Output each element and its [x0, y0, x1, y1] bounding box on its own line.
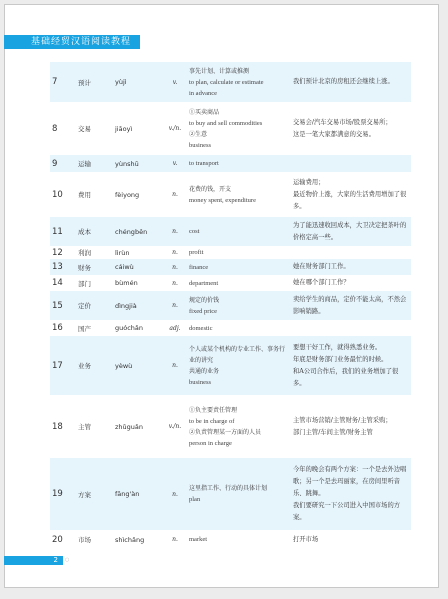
definition-line: ②负责管理某一方面的人员	[189, 427, 287, 438]
vocab-row: 17业务yèwùn.个人或某个机构的专业工作、事务行业的讲究共通的业务busin…	[50, 336, 411, 395]
vocab-part-of-speech: v./n.	[163, 102, 187, 155]
vocab-definition: ①买卖商品to buy and sell commodities②生意busin…	[187, 102, 289, 155]
vocab-pinyin: yùjì	[113, 62, 163, 102]
vocab-number: 14	[50, 275, 76, 291]
vocab-part-of-speech: v./n.	[163, 395, 187, 458]
vocab-number: 13	[50, 259, 76, 275]
vocab-row: 14部门bùménn.department她在哪个部门工作？	[50, 275, 411, 291]
vocab-word: 方案	[76, 458, 113, 530]
vocab-part-of-speech: v.	[163, 155, 187, 172]
vocabulary-table: 7预计yùjìv.事先计划、计算或推测to plan, calculate or…	[50, 62, 411, 549]
definition-line: 这里指工作、行动的具体计划	[189, 483, 287, 494]
vocab-row: 13财务cáiwùn.finance她在财务部门工作。	[50, 259, 411, 275]
definition-line: cost	[189, 226, 287, 237]
vocab-examples: 今年的晚会有两个方案：一个是去外边唱歌；另一个是去玛丽家，在房间里听音乐、跳舞。…	[289, 458, 411, 530]
vocab-part-of-speech: n.	[163, 275, 187, 291]
definition-line: profit	[189, 247, 287, 258]
vocab-definition: 花费的钱，开支money spent, expenditure	[187, 172, 289, 217]
definition-line: person in charge	[189, 438, 287, 449]
vocab-word: 市场	[76, 530, 113, 549]
vocab-word: 运输	[76, 155, 113, 172]
vocab-pinyin: fāng'àn	[113, 458, 163, 530]
vocab-definition: finance	[187, 259, 289, 275]
book-title-banner: 基础经贸汉语阅读教程	[4, 35, 140, 49]
definition-line: market	[189, 534, 287, 545]
vocab-definition: domestic	[187, 320, 289, 336]
vocab-word: 业务	[76, 336, 113, 395]
vocab-row: 8交易jiāoyìv./n.①买卖商品to buy and sell commo…	[50, 102, 411, 155]
vocab-pinyin: dìngjià	[113, 291, 163, 320]
vocab-part-of-speech: n.	[163, 172, 187, 217]
vocab-definition: profit	[187, 246, 289, 259]
vocab-row: 20市场shìchǎngn.market打开市场	[50, 530, 411, 549]
vocab-word: 定价	[76, 291, 113, 320]
vocab-examples: 打开市场	[289, 530, 411, 549]
vocab-pinyin: shìchǎng	[113, 530, 163, 549]
example-sentence: 卖给学生的商品，定价不能太高，不然会影响销路。	[293, 294, 409, 318]
page-number: 2	[54, 556, 58, 564]
vocab-definition: 事先计划、计算或推测to plan, calculate or estimate…	[187, 62, 289, 102]
example-sentence: 交易会/汽车交易市场/股票交易所；	[293, 117, 409, 129]
definition-line: ①负主要责任管理	[189, 405, 287, 416]
definition-line: 个人或某个机构的专业工作、事务行业的讲究	[189, 344, 287, 366]
vocab-number: 8	[50, 102, 76, 155]
example-sentence: 我们要研究一下公司进入中国市场的方案。	[293, 500, 409, 524]
example-sentence: 运输费用；	[293, 177, 409, 189]
vocab-definition: market	[187, 530, 289, 549]
vocab-row: 10费用fèiyongn.花费的钱，开支money spent, expendi…	[50, 172, 411, 217]
vocab-examples	[289, 155, 411, 172]
vocab-definition: to transport	[187, 155, 289, 172]
definition-line: ②生意	[189, 129, 287, 140]
definition-line: 花费的钱，开支	[189, 184, 287, 195]
vocab-definition: ①负主要责任管理to be in charge of②负责管理某一方面的人员pe…	[187, 395, 289, 458]
vocab-row: 11成本chéngběnn.cost为了能迅速收回成本，大卫决定把茶叶的价格定高…	[50, 217, 411, 246]
definition-line: to plan, calculate or estimate	[189, 77, 287, 88]
definition-line: to transport	[189, 158, 287, 169]
vocab-number: 12	[50, 246, 76, 259]
vocab-word: 成本	[76, 217, 113, 246]
definition-line: in advance	[189, 88, 287, 99]
vocab-part-of-speech: n.	[163, 530, 187, 549]
vocab-examples: 卖给学生的商品，定价不能太高，不然会影响销路。	[289, 291, 411, 320]
vocab-pinyin: lìrùn	[113, 246, 163, 259]
vocab-number: 16	[50, 320, 76, 336]
definition-line: business	[189, 377, 287, 388]
page-marker-icon: ○	[65, 557, 69, 563]
vocab-number: 7	[50, 62, 76, 102]
vocab-examples: 主管市场营销/主管财务/主管采购；部门主管/车间主管/财务主管	[289, 395, 411, 458]
vocab-word: 利润	[76, 246, 113, 259]
vocab-definition: 规定的价钱fixed price	[187, 291, 289, 320]
example-sentence: 主管市场营销/主管财务/主管采购；	[293, 415, 409, 427]
definition-line: to be in charge of	[189, 416, 287, 427]
vocab-number: 11	[50, 217, 76, 246]
vocab-word: 费用	[76, 172, 113, 217]
vocab-word: 国产	[76, 320, 113, 336]
vocab-pinyin: yèwù	[113, 336, 163, 395]
definition-line: domestic	[189, 323, 287, 334]
vocab-row: 12利润lìrùnn.profit	[50, 246, 411, 259]
example-sentence: 她在哪个部门工作？	[293, 277, 409, 289]
vocab-examples: 运输费用；最近物价上涨，大家的生活费用增加了很多。	[289, 172, 411, 217]
vocab-part-of-speech: adj.	[163, 320, 187, 336]
example-sentence: 和A公司合作后，我们的业务增加了很多。	[293, 366, 409, 390]
vocab-part-of-speech: n.	[163, 246, 187, 259]
vocab-number: 18	[50, 395, 76, 458]
vocab-definition: 个人或某个机构的专业工作、事务行业的讲究共通的业务business	[187, 336, 289, 395]
vocab-number: 9	[50, 155, 76, 172]
vocab-number: 10	[50, 172, 76, 217]
vocab-examples: 交易会/汽车交易市场/股票交易所；这是一笔大家都满意的交易。	[289, 102, 411, 155]
example-sentence: 这是一笔大家都满意的交易。	[293, 129, 409, 141]
vocab-part-of-speech: n.	[163, 259, 187, 275]
example-sentence: 要想干好工作，就得熟悉业务。	[293, 342, 409, 354]
definition-line: 规定的价钱	[189, 295, 287, 306]
definition-line: department	[189, 278, 287, 289]
vocab-definition: 这里指工作、行动的具体计划plan	[187, 458, 289, 530]
vocab-pinyin: jiāoyì	[113, 102, 163, 155]
vocab-row: 7预计yùjìv.事先计划、计算或推测to plan, calculate or…	[50, 62, 411, 102]
example-sentence: 年底是财务部门业务最忙的时候。	[293, 354, 409, 366]
vocab-part-of-speech: n.	[163, 217, 187, 246]
definition-line: to buy and sell commodities	[189, 118, 287, 129]
example-sentence: 最近物价上涨，大家的生活费用增加了很多。	[293, 189, 409, 213]
vocab-word: 主管	[76, 395, 113, 458]
definition-line: ①买卖商品	[189, 107, 287, 118]
vocab-number: 15	[50, 291, 76, 320]
definition-line: finance	[189, 262, 287, 273]
definition-line: fixed price	[189, 306, 287, 317]
vocab-examples: 她在财务部门工作。	[289, 259, 411, 275]
vocab-word: 部门	[76, 275, 113, 291]
vocab-examples: 要想干好工作，就得熟悉业务。年底是财务部门业务最忙的时候。和A公司合作后，我们的…	[289, 336, 411, 395]
vocab-examples: 我们预计北京的房租还会继续上涨。	[289, 62, 411, 102]
vocab-examples	[289, 320, 411, 336]
vocab-row: 18主管zhǔguǎnv./n.①负主要责任管理to be in charge …	[50, 395, 411, 458]
vocab-pinyin: yùnshū	[113, 155, 163, 172]
example-sentence: 我们预计北京的房租还会继续上涨。	[293, 76, 409, 88]
definition-line: 共通的业务	[189, 366, 287, 377]
vocab-pinyin: cáiwù	[113, 259, 163, 275]
vocab-pinyin: chéngběn	[113, 217, 163, 246]
definition-line: business	[189, 140, 287, 151]
example-sentence: 今年的晚会有两个方案：一个是去外边唱歌；另一个是去玛丽家，在房间里听音乐、跳舞。	[293, 464, 409, 500]
vocab-number: 19	[50, 458, 76, 530]
vocab-part-of-speech: n.	[163, 336, 187, 395]
page-number-banner: 2	[4, 556, 63, 565]
vocab-number: 20	[50, 530, 76, 549]
book-title: 基础经贸汉语阅读教程	[31, 37, 131, 47]
vocab-part-of-speech: n.	[163, 458, 187, 530]
vocab-part-of-speech: v.	[163, 62, 187, 102]
definition-line: plan	[189, 494, 287, 505]
example-sentence: 打开市场	[293, 534, 409, 546]
vocab-examples: 她在哪个部门工作？	[289, 275, 411, 291]
vocab-row: 16国产guóchǎnadj.domestic	[50, 320, 411, 336]
vocab-definition: cost	[187, 217, 289, 246]
vocab-row: 9运输yùnshūv.to transport	[50, 155, 411, 172]
vocab-examples: 为了能迅速收回成本，大卫决定把茶叶的价格定高一些。	[289, 217, 411, 246]
vocab-pinyin: fèiyong	[113, 172, 163, 217]
example-sentence: 她在财务部门工作。	[293, 261, 409, 273]
vocab-word: 交易	[76, 102, 113, 155]
vocab-row: 15定价dìngjiàn.规定的价钱fixed price卖给学生的商品，定价不…	[50, 291, 411, 320]
definition-line: money spent, expenditure	[189, 195, 287, 206]
vocab-pinyin: bùmén	[113, 275, 163, 291]
vocab-row: 19方案fāng'ànn.这里指工作、行动的具体计划plan今年的晚会有两个方案…	[50, 458, 411, 530]
vocab-word: 预计	[76, 62, 113, 102]
vocab-word: 财务	[76, 259, 113, 275]
vocab-pinyin: zhǔguǎn	[113, 395, 163, 458]
vocab-part-of-speech: n.	[163, 291, 187, 320]
vocab-examples	[289, 246, 411, 259]
vocab-number: 17	[50, 336, 76, 395]
example-sentence: 部门主管/车间主管/财务主管	[293, 427, 409, 439]
vocab-definition: department	[187, 275, 289, 291]
example-sentence: 为了能迅速收回成本，大卫决定把茶叶的价格定高一些。	[293, 220, 409, 244]
vocab-pinyin: guóchǎn	[113, 320, 163, 336]
definition-line: 事先计划、计算或推测	[189, 66, 287, 77]
